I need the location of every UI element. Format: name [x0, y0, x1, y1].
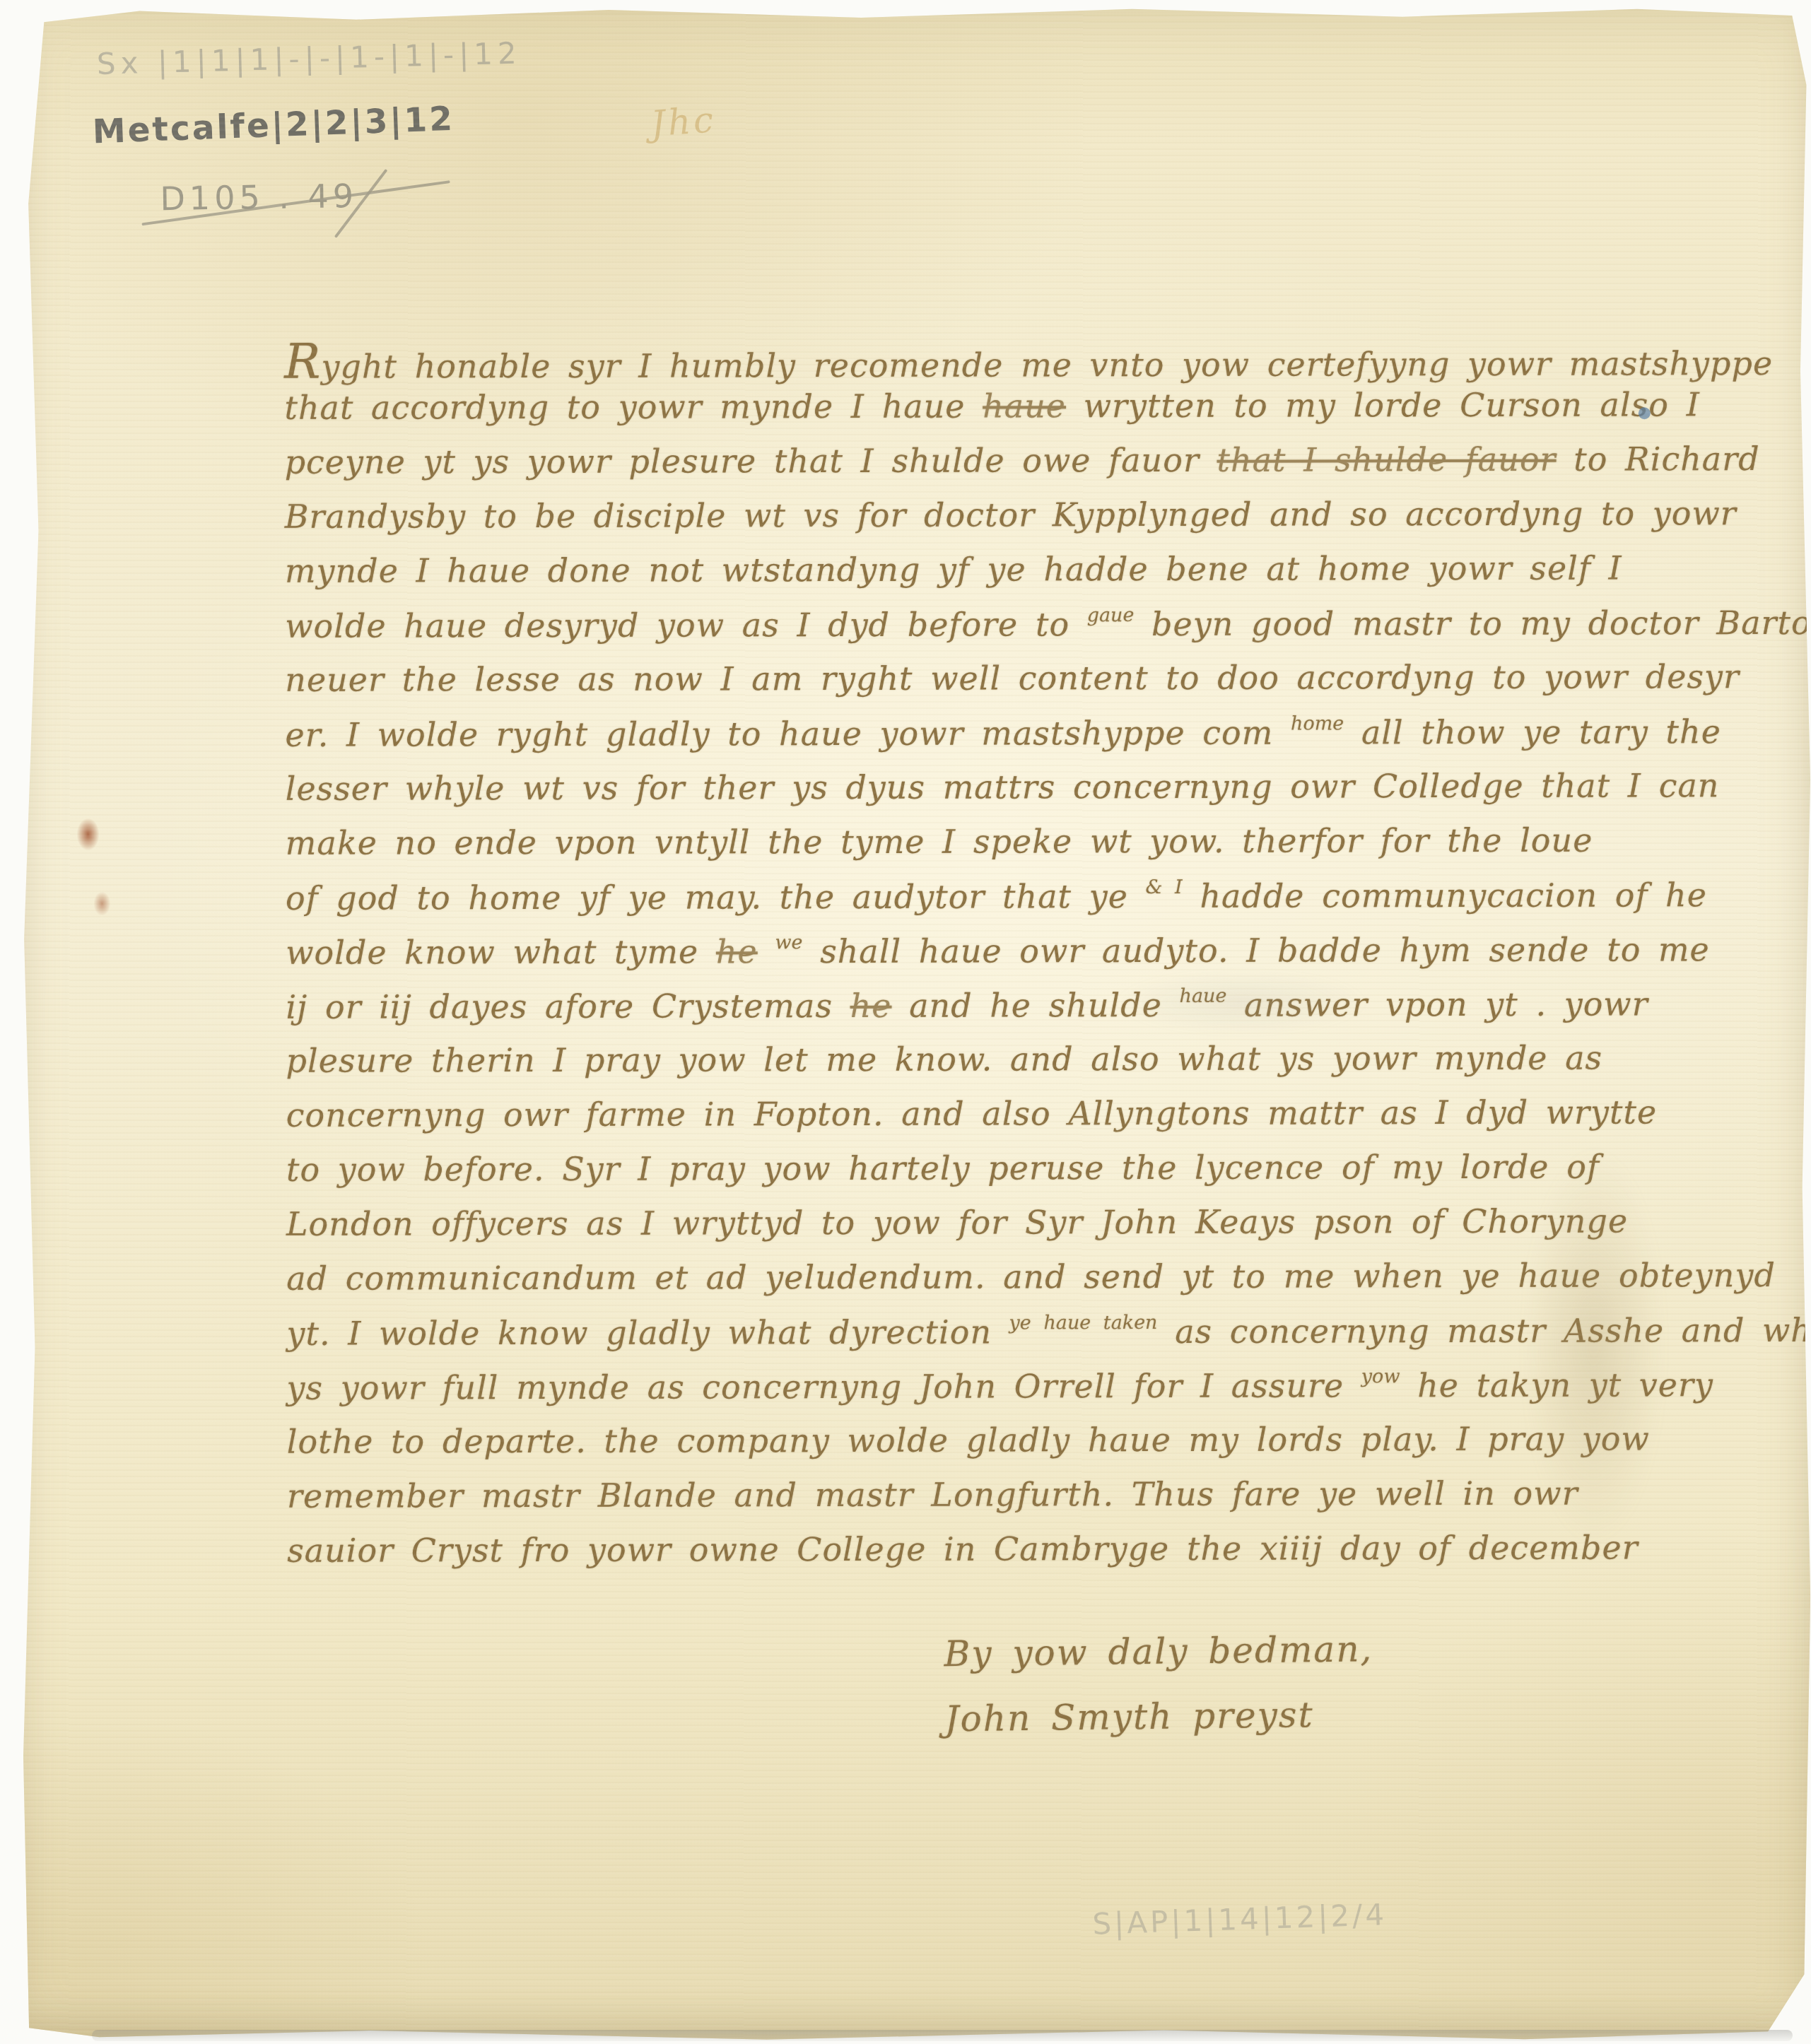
letter-text: London offycers as I wryttyd to yow for … [286, 1202, 1628, 1243]
letter-text: ij or iij dayes afore Crystemas [286, 987, 850, 1026]
letter-line: make no ende vpon vntyll the tyme I spek… [286, 821, 1791, 879]
letter-text: beyn good mastr to my doctor Barto [1134, 604, 1811, 643]
letter-text: all thow ye tary the [1344, 712, 1721, 751]
ink-stain [93, 892, 110, 916]
letter-text: wolde haue desyryd yow as I dyd before t… [285, 605, 1087, 645]
letter-line: neuer the lesse as now I am ryght well c… [285, 657, 1791, 715]
letter-text: to Richard [1557, 440, 1760, 478]
letter-text: mynde I haue done not wtstandyng yf ye h… [285, 548, 1622, 589]
letter-line: Ryght honable syr I humbly recomende me … [284, 331, 1790, 389]
interlinear-insertion: home [1291, 712, 1344, 734]
letter-text: sauior Cryst fro yowr owne College in Ca… [287, 1528, 1639, 1569]
letter-text: that accordyng to yowr mynde I haue [284, 387, 983, 427]
letter-line: wolde know what tyme he we shall haue ow… [286, 929, 1791, 987]
letter-text: shall haue owr audyto. I badde hym sende… [802, 930, 1709, 970]
pencil-shelfmark-metcalfe: Metcalfe|2|2|3|12 [92, 100, 455, 152]
pencil-bottom-shelfmark: S|AP|1|14|12|2/4 [1092, 1897, 1388, 1942]
letter-text: plesure therin I pray yow let me know. a… [286, 1039, 1602, 1080]
letter-line: plesure therin I pray yow let me know. a… [286, 1038, 1791, 1096]
letter-line: remember mastr Blande and mastr Longfurt… [287, 1474, 1793, 1532]
letter-line: of god to home yf ye may. the audytor th… [286, 875, 1791, 933]
letter-line: ij or iij dayes afore Crystemas he and h… [286, 984, 1791, 1042]
pencil-crossed-number: D105 . 49 [160, 177, 358, 218]
letter-text [758, 932, 775, 970]
struck-text: he [716, 932, 758, 970]
letter-line: ys yowr full mynde as concernyng John Or… [287, 1365, 1793, 1423]
letter-text: he takyn yt very [1400, 1365, 1713, 1404]
letter-text: hadde communycacion of he [1183, 876, 1707, 915]
scanner-edge-shadow [92, 2030, 1793, 2041]
letter-line: pceyne yt ys yowr plesure that I shulde … [285, 440, 1791, 498]
letter-text: yt. I wolde know gladly what dyrection [286, 1312, 1009, 1352]
interlinear-insertion: gaue [1087, 604, 1135, 626]
letter-line: sauior Cryst fro yowr owne College in Ca… [287, 1528, 1793, 1586]
letter-line: ad communicandum et ad yeludendum. and s… [286, 1256, 1792, 1314]
letter-text: Ryght honable syr I humbly recomende me … [284, 344, 1773, 386]
letter-text: concernyng owr farme in Fopton. and also… [286, 1093, 1658, 1134]
scanned-letter: Sx |1|1|1|-|-|1-|1|-|12 Metcalfe|2|2|3|1… [0, 0, 1811, 2044]
letter-line: Brandysby to be disciple wt vs for docto… [285, 494, 1791, 552]
letter-line: London offycers as I wryttyd to yow for … [286, 1202, 1792, 1259]
interlinear-insertion: haue [1179, 985, 1226, 1007]
letter-line: concernyng owr farme in Fopton. and also… [286, 1093, 1792, 1151]
letter-text: to yow before. Syr I pray yow hartely pe… [286, 1148, 1600, 1189]
letter-line: that accordyng to yowr mynde I haue haue… [284, 385, 1790, 443]
struck-text: that I shulde fauor [1217, 440, 1556, 479]
interlinear-insertion: ye haue taken [1009, 1312, 1158, 1334]
letter-line: yt. I wolde know gladly what dyrection y… [286, 1310, 1792, 1368]
struck-text: he [850, 987, 892, 1025]
letter-line: lothe to departe. the company wolde glad… [287, 1419, 1793, 1477]
letter-text: ad communicandum et ad yeludendum. and s… [286, 1256, 1776, 1298]
interlinear-insertion: & I [1145, 876, 1182, 898]
interlinear-insertion: we [775, 932, 802, 953]
letter-text: and he shulde [891, 986, 1179, 1025]
letter-text: answer vpon yt . yowr [1226, 985, 1648, 1023]
ink-invocation: Jhc [650, 99, 717, 144]
letter-text: lothe to departe. the company wolde glad… [287, 1419, 1650, 1460]
letter-text: pceyne yt ys yowr plesure that I shulde … [285, 441, 1217, 481]
letter-line: to yow before. Syr I pray yow hartely pe… [286, 1147, 1792, 1205]
letter-text: as concernyng mastr Asshe and what [1157, 1311, 1811, 1351]
paper-sheet: Sx |1|1|1|-|-|1-|1|-|12 Metcalfe|2|2|3|1… [9, 0, 1811, 2044]
signature-line-name: John Smyth preyst [944, 1681, 1374, 1751]
signature-block: By yow daly bedman, John Smyth preyst [944, 1616, 1374, 1751]
letter-line: mynde I haue done not wtstandyng yf ye h… [285, 548, 1791, 606]
interlinear-insertion: yow [1361, 1365, 1400, 1387]
struck-text: haue [983, 387, 1066, 425]
pencil-tally-annotation: Sx |1|1|1|-|-|1-|1|-|12 [96, 35, 522, 81]
letter-text: lesser whyle wt vs for ther ys dyus matt… [286, 766, 1720, 808]
letter-line: er. I wolde ryght gladly to haue yowr ma… [285, 712, 1791, 770]
letter-text: er. I wolde ryght gladly to haue yowr ma… [285, 714, 1291, 754]
letter-line: wolde haue desyryd yow as I dyd before t… [285, 603, 1791, 661]
letter-text: remember mastr Blande and mastr Longfurt… [287, 1474, 1578, 1515]
letter-text: make no ende vpon vntyll the tyme I spek… [286, 821, 1593, 862]
letter-text: wolde know what tyme [286, 932, 716, 971]
letter-text: ys yowr full mynde as concernyng John Or… [287, 1366, 1361, 1406]
letter-text: wrytten to my lorde Curson also I [1066, 385, 1700, 425]
signature-line-valediction: By yow daly bedman, [944, 1616, 1373, 1686]
letter-text: Brandysby to be disciple wt vs for docto… [285, 494, 1737, 536]
letter-line: lesser whyle wt vs for ther ys dyus matt… [286, 766, 1791, 824]
ink-stain [77, 818, 100, 851]
letter-body: Ryght honable syr I humbly recomende me … [284, 331, 1793, 1586]
letter-text: of god to home yf ye may. the audytor th… [286, 877, 1146, 917]
letter-text: neuer the lesse as now I am ryght well c… [285, 657, 1740, 699]
